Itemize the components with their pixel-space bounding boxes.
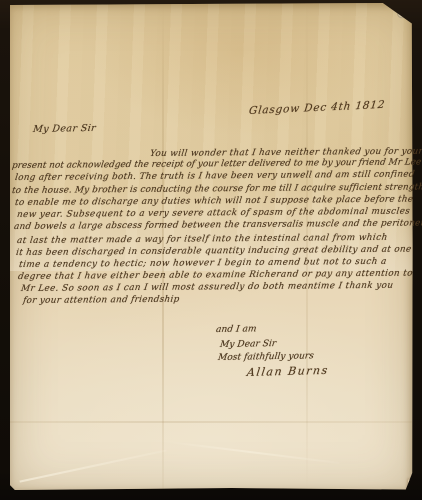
paper-fold-crease xyxy=(19,449,166,482)
letter-body-line: for your attention and friendship xyxy=(22,295,180,306)
paper-fold-crease xyxy=(161,440,340,463)
seal-text-lines-icon xyxy=(408,8,422,18)
letter-photograph: Glasgow Dec 4th 1812 My Dear Sir You wil… xyxy=(0,0,422,500)
letter-salutation: My Dear Sir xyxy=(32,123,96,135)
letter-closing-line: and I am xyxy=(215,324,257,335)
embossed-seal-icon xyxy=(397,7,422,20)
letter-closing-line: Most faithfully yours xyxy=(217,351,314,363)
paper-fold-crease xyxy=(10,421,413,423)
seal-ring-icon xyxy=(397,8,407,18)
letter-closing-line: My Dear Sir xyxy=(219,339,276,350)
paper-corner-curl xyxy=(408,479,422,492)
letter-signature: Allan Burns xyxy=(246,364,329,379)
